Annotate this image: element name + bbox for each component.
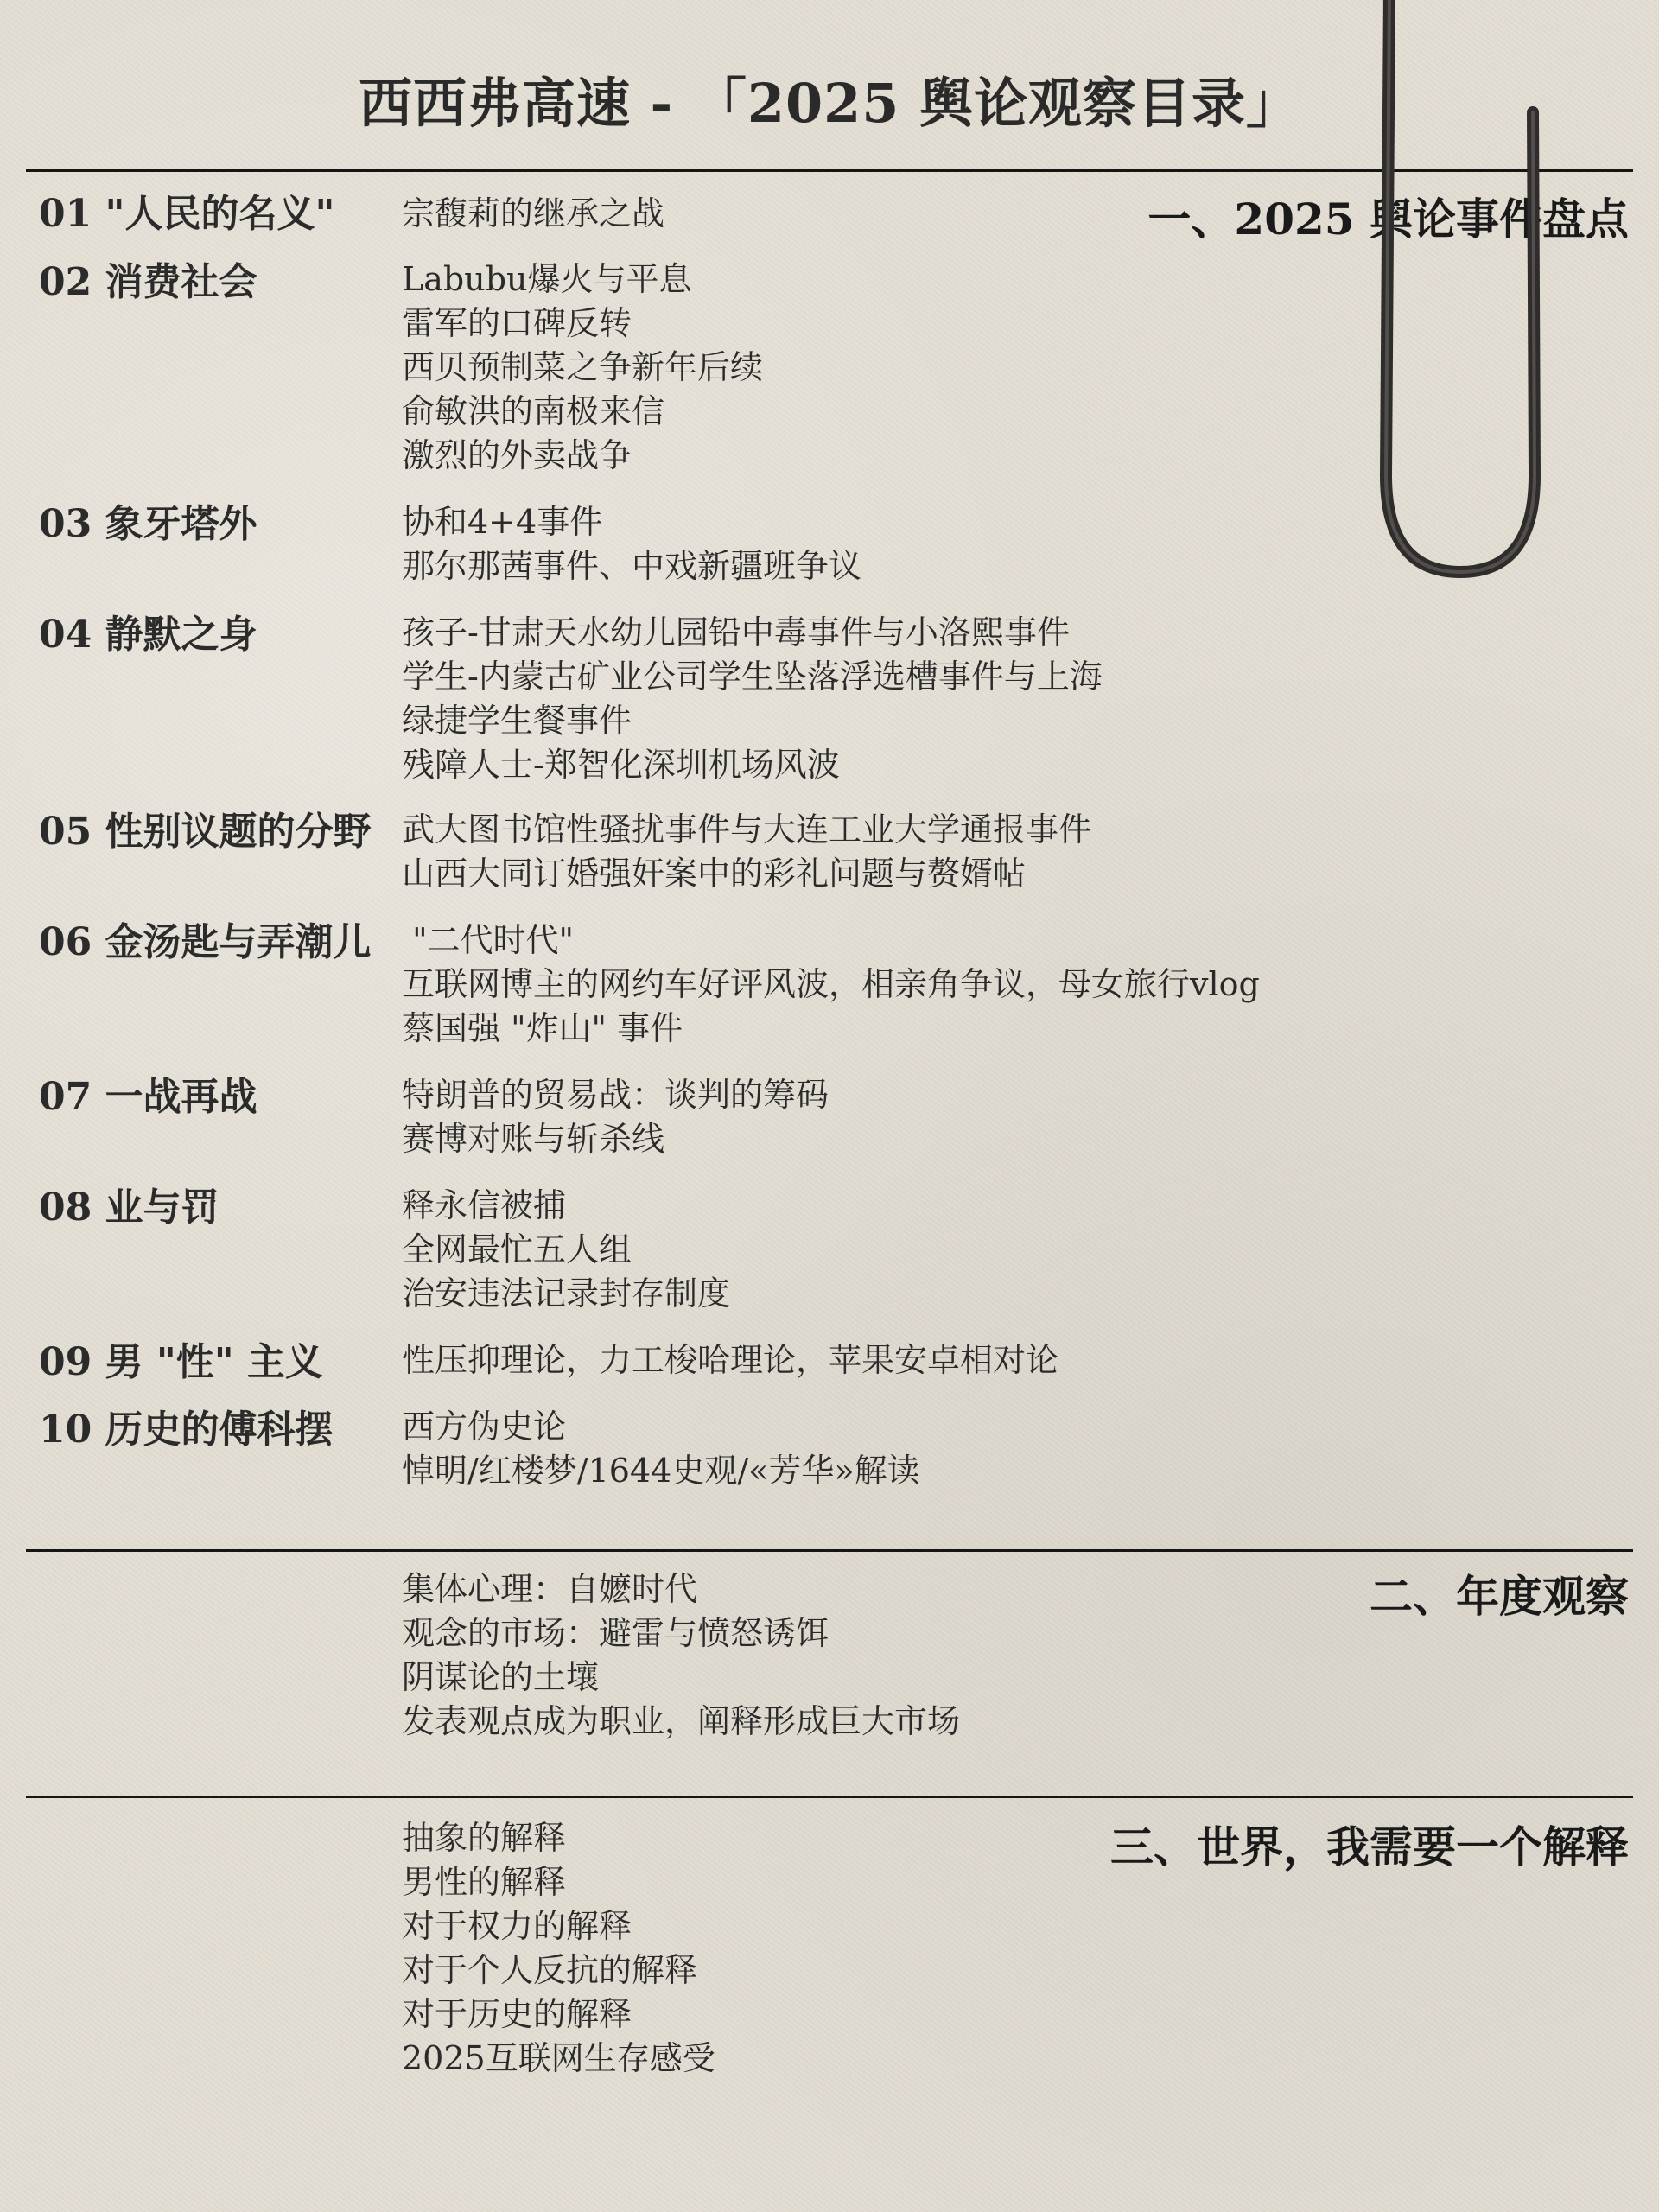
list-item: 山西大同订婚强奸案中的彩礼问题与赘婿帖: [402, 852, 1091, 896]
list-item: 特朗普的贸易战：谈判的筹码: [402, 1073, 829, 1117]
row-items-07: 特朗普的贸易战：谈判的筹码 赛博对账与斩杀线: [402, 1073, 829, 1161]
row-items-03: 协和4+4事件 那尔那茜事件、中戏新疆班争议: [402, 500, 861, 588]
list-item: 释永信被捕: [402, 1184, 730, 1228]
list-item: "二代时代": [402, 918, 1260, 963]
row-items-10: 西方伪史论 悼明/红楼梦/1644史观/«芳华»解读: [402, 1405, 920, 1493]
list-item: 发表观点成为职业，阐释形成巨大市场: [402, 1700, 960, 1744]
list-item: 性压抑理论，力工梭哈理论，苹果安卓相对论: [402, 1338, 1058, 1382]
row-label-02: 02 消费社会: [39, 258, 257, 307]
list-item: 全网最忙五人组: [402, 1228, 730, 1272]
section-1-heading: 一、2025 舆论事件盘点: [1147, 192, 1629, 247]
list-item: 宗馥莉的继承之战: [402, 192, 664, 236]
row-label-03: 03 象牙塔外: [39, 500, 257, 549]
list-item: 集体心理：自嬷时代: [402, 1567, 960, 1611]
row-label-04: 04 静默之身: [39, 611, 257, 659]
row-label-07: 07 一战再战: [39, 1073, 257, 1122]
row-items-05: 武大图书馆性骚扰事件与大连工业大学通报事件 山西大同订婚强奸案中的彩礼问题与赘婿…: [402, 808, 1091, 896]
list-item: 对于历史的解释: [402, 1993, 715, 2037]
list-item: 2025互联网生存感受: [402, 2037, 715, 2081]
list-item: 蔡国强 "炸山" 事件: [402, 1007, 1260, 1051]
row-label-06: 06 金汤匙与弄潮儿: [39, 918, 372, 967]
section-3-heading: 三、世界，我需要一个解释: [1110, 1820, 1629, 1875]
list-item: Labubu爆火与平息: [402, 257, 763, 302]
row-items-08: 释永信被捕 全网最忙五人组 治安违法记录封存制度: [402, 1184, 730, 1316]
row-items-02: Labubu爆火与平息 雷军的口碑反转 西贝预制菜之争新年后续 俞敏洪的南极来信…: [402, 257, 763, 478]
list-item: 治安违法记录封存制度: [402, 1272, 730, 1316]
list-item: 雷军的口碑反转: [402, 302, 763, 346]
row-label-01: 01 "人民的名义": [39, 190, 334, 238]
list-item: 西贝预制菜之争新年后续: [402, 346, 763, 390]
list-item: 残障人士-郑智化深圳机场风波: [402, 743, 1103, 787]
divider-3: [26, 1796, 1633, 1798]
divider-1: [26, 169, 1633, 172]
list-item: 绿捷学生餐事件: [402, 699, 1103, 743]
list-item: 武大图书馆性骚扰事件与大连工业大学通报事件: [402, 808, 1091, 852]
divider-2: [26, 1549, 1633, 1552]
list-item: 激烈的外卖战争: [402, 434, 763, 478]
list-item: 俞敏洪的南极来信: [402, 390, 763, 434]
page-title: 西西弗高速 - 「2025 舆论观察目录」: [0, 69, 1659, 138]
list-item: 男性的解释: [402, 1860, 715, 1904]
list-item: 学生-内蒙古矿业公司学生坠落浮选槽事件与上海: [402, 655, 1103, 699]
row-items-06: "二代时代" 互联网博主的网约车好评风波，相亲角争议，母女旅行vlog 蔡国强 …: [402, 918, 1260, 1051]
list-item: 互联网博主的网约车好评风波，相亲角争议，母女旅行vlog: [402, 963, 1260, 1007]
row-label-05: 05 性别议题的分野: [39, 808, 372, 856]
list-item: 那尔那茜事件、中戏新疆班争议: [402, 544, 861, 588]
list-item: 西方伪史论: [402, 1405, 920, 1449]
row-items-01: 宗馥莉的继承之战: [402, 192, 664, 236]
list-item: 阴谋论的土壤: [402, 1656, 960, 1700]
row-label-10: 10 历史的傅科摆: [39, 1406, 334, 1454]
list-item: 抽象的解释: [402, 1816, 715, 1860]
list-item: 赛博对账与斩杀线: [402, 1117, 829, 1161]
row-label-09: 09 男 "性" 主义: [39, 1338, 323, 1387]
row-label-08: 08 业与罚: [39, 1184, 219, 1232]
section-3-items: 抽象的解释 男性的解释 对于权力的解释 对于个人反抗的解释 对于历史的解释 20…: [402, 1816, 715, 2081]
list-item: 孩子-甘肃天水幼儿园铅中毒事件与小洛熙事件: [402, 611, 1103, 655]
row-items-04: 孩子-甘肃天水幼儿园铅中毒事件与小洛熙事件 学生-内蒙古矿业公司学生坠落浮选槽事…: [402, 611, 1103, 787]
list-item: 观念的市场：避雷与愤怒诱饵: [402, 1611, 960, 1656]
list-item: 协和4+4事件: [402, 500, 861, 544]
section-2-items: 集体心理：自嬷时代 观念的市场：避雷与愤怒诱饵 阴谋论的土壤 发表观点成为职业，…: [402, 1567, 960, 1744]
section-2-heading: 二、年度观察: [1370, 1569, 1629, 1624]
list-item: 对于权力的解释: [402, 1904, 715, 1948]
list-item: 对于个人反抗的解释: [402, 1948, 715, 1993]
list-item: 悼明/红楼梦/1644史观/«芳华»解读: [402, 1449, 920, 1493]
row-items-09: 性压抑理论，力工梭哈理论，苹果安卓相对论: [402, 1338, 1058, 1382]
